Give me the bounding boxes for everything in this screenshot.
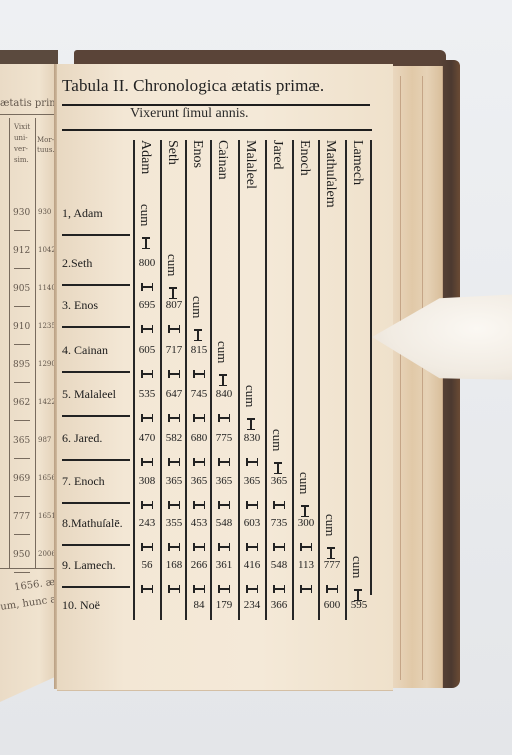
row-dash <box>326 588 338 590</box>
table-cell: 308 <box>134 475 160 487</box>
row-dash <box>273 546 285 548</box>
left-value: 930 <box>38 208 51 216</box>
row-label: 5. Malaleel <box>62 387 116 402</box>
row-dash <box>193 546 205 548</box>
column-rule <box>210 140 212 620</box>
column-header: Enos <box>190 140 204 168</box>
cum-bracket <box>197 329 199 341</box>
table-cell: 735 <box>266 517 292 529</box>
table-cell: 600 <box>319 599 345 611</box>
table-cell: 775 <box>211 432 237 444</box>
table-cell: 815 <box>186 344 212 356</box>
column-rule <box>133 140 135 620</box>
table-cell: 453 <box>186 517 212 529</box>
table-cell: 84 <box>186 599 212 611</box>
table-cell: 680 <box>186 432 212 444</box>
left-value: 365 <box>13 436 30 446</box>
table-title: Tabula II. Chronologica ætatis primæ. <box>62 76 324 96</box>
table-cell: 365 <box>211 475 237 487</box>
row-dash <box>168 373 180 375</box>
row-dash <box>218 504 230 506</box>
row-dash <box>141 417 153 419</box>
page-fore-edge <box>392 66 443 688</box>
table-cell: 695 <box>134 299 160 311</box>
row-dash <box>168 588 180 590</box>
left-dash <box>14 344 30 345</box>
row-dash <box>273 504 285 506</box>
table-cell: 355 <box>161 517 187 529</box>
left-value: 930 <box>13 208 30 218</box>
column-header: Cainan <box>215 140 229 180</box>
row-rule <box>62 415 130 417</box>
left-value: 987 <box>38 436 51 444</box>
table-cell: 830 <box>239 432 265 444</box>
left-dash <box>14 534 30 535</box>
cum-label: cum <box>191 296 204 318</box>
row-dash <box>193 461 205 463</box>
row-dash <box>218 417 230 419</box>
table-cell: 605 <box>134 344 160 356</box>
cum-label: cum <box>271 429 284 451</box>
row-dash <box>168 461 180 463</box>
cum-label: cum <box>244 385 257 407</box>
row-label: 8.Mathuſalē. <box>62 516 123 531</box>
table-cell: 365 <box>161 475 187 487</box>
column-header: Seth <box>165 140 179 165</box>
row-dash <box>141 504 153 506</box>
row-rule <box>62 459 130 461</box>
row-dash <box>141 588 153 590</box>
table-cell: 365 <box>266 475 292 487</box>
cum-label: cum <box>298 472 311 494</box>
row-rule <box>62 586 130 588</box>
cum-bracket <box>250 418 252 430</box>
column-rule <box>265 140 267 620</box>
table-cell: 717 <box>161 344 187 356</box>
table-cell: 470 <box>134 432 160 444</box>
row-dash <box>168 328 180 330</box>
left-value: 962 <box>13 398 30 408</box>
left-value: 905 <box>13 284 30 294</box>
column-rule <box>292 140 294 620</box>
column-rule <box>345 140 347 620</box>
column-rule <box>238 140 240 620</box>
row-dash <box>193 504 205 506</box>
row-dash <box>141 546 153 548</box>
row-label: 7. Enoch <box>62 474 105 489</box>
row-rule <box>62 234 130 236</box>
left-dash <box>14 268 30 269</box>
row-label: 1, Adam <box>62 206 103 221</box>
table-cell: 548 <box>211 517 237 529</box>
column-rule <box>185 140 187 620</box>
row-dash <box>273 588 285 590</box>
row-rule <box>62 326 130 328</box>
cum-bracket <box>277 462 279 474</box>
row-dash <box>141 373 153 375</box>
column-rule <box>370 140 372 595</box>
row-dash <box>218 588 230 590</box>
cum-bracket <box>172 287 174 299</box>
left-cover-edge <box>0 50 58 64</box>
row-label: 2.Seth <box>62 256 92 271</box>
row-dash <box>218 546 230 548</box>
column-header: Adam <box>138 140 152 174</box>
left-value: 969 <box>13 474 30 484</box>
left-value: 912 <box>13 246 30 256</box>
column-header: Jared <box>270 140 284 170</box>
table-cell: 416 <box>239 559 265 571</box>
row-dash <box>141 328 153 330</box>
row-dash <box>246 588 258 590</box>
row-dash <box>300 546 312 548</box>
column-header: Enoch <box>297 140 311 176</box>
cum-label: cum <box>324 514 337 536</box>
cum-bracket <box>145 237 147 249</box>
table-cell: 807 <box>161 299 187 311</box>
column-header: Mathuſalem <box>323 140 337 208</box>
cum-bracket <box>304 505 306 517</box>
left-col-header-2: Mor-tuus. <box>37 135 53 155</box>
row-dash <box>168 504 180 506</box>
table-cell: 300 <box>293 517 319 529</box>
left-value: 777 <box>13 512 30 522</box>
column-rule <box>318 140 320 620</box>
row-rule <box>62 544 130 546</box>
column-header: Malaleel <box>243 140 257 189</box>
subtitle-rule <box>62 129 372 131</box>
table-cell: 56 <box>134 559 160 571</box>
table-cell: 243 <box>134 517 160 529</box>
row-rule <box>62 502 130 504</box>
left-dash <box>14 458 30 459</box>
table-cell: 535 <box>134 388 160 400</box>
table-cell: 365 <box>186 475 212 487</box>
row-dash <box>218 461 230 463</box>
table-cell: 234 <box>239 599 265 611</box>
table-cell: 168 <box>161 559 187 571</box>
left-dash <box>14 572 30 573</box>
left-value: 950 <box>13 550 30 560</box>
table-cell: 365 <box>239 475 265 487</box>
row-label: 9. Lamech. <box>62 558 116 573</box>
cum-label: cum <box>166 254 179 276</box>
row-label: 3. Enos <box>62 298 98 313</box>
table-cell: 548 <box>266 559 292 571</box>
table-cell: 800 <box>134 257 160 269</box>
cum-label: cum <box>351 556 364 578</box>
left-dash <box>14 420 30 421</box>
table-cell: 361 <box>211 559 237 571</box>
row-rule <box>62 371 130 373</box>
cum-bracket <box>330 547 332 559</box>
row-dash <box>168 417 180 419</box>
table-cell: 603 <box>239 517 265 529</box>
row-dash <box>193 588 205 590</box>
table-cell: 113 <box>293 559 319 571</box>
table-cell: 745 <box>186 388 212 400</box>
cum-label: cum <box>216 341 229 363</box>
left-col-header-1: Vixit uni-ver-sim. <box>14 122 34 166</box>
cum-bracket <box>222 374 224 386</box>
row-dash <box>193 373 205 375</box>
table-cell: 582 <box>161 432 187 444</box>
table-cell: 647 <box>161 388 187 400</box>
row-dash <box>168 546 180 548</box>
row-label: 4. Cainan <box>62 343 108 358</box>
row-dash <box>141 461 153 463</box>
row-dash <box>246 461 258 463</box>
row-dash <box>193 417 205 419</box>
cum-label: cum <box>139 204 152 226</box>
left-dash <box>14 230 30 231</box>
left-value: 910 <box>13 322 30 332</box>
table-cell: 366 <box>266 599 292 611</box>
row-label: 6. Jared. <box>62 431 102 446</box>
row-dash <box>246 546 258 548</box>
table-cell: 266 <box>186 559 212 571</box>
table-cell: 840 <box>211 388 237 400</box>
column-rule <box>160 140 162 620</box>
table-cell: 777 <box>319 559 345 571</box>
table-subtitle: Vixerunt ſimul annis. <box>130 106 249 122</box>
row-label: 10. Noë <box>62 598 100 613</box>
table-cell: 595 <box>346 599 372 611</box>
left-value: 895 <box>13 360 30 370</box>
row-rule <box>62 284 130 286</box>
left-dash <box>14 306 30 307</box>
column-header: Lamech <box>350 140 364 185</box>
left-dash <box>14 382 30 383</box>
table-cell: 179 <box>211 599 237 611</box>
row-dash <box>300 588 312 590</box>
left-dash <box>14 496 30 497</box>
row-dash <box>246 504 258 506</box>
row-dash <box>141 286 153 288</box>
